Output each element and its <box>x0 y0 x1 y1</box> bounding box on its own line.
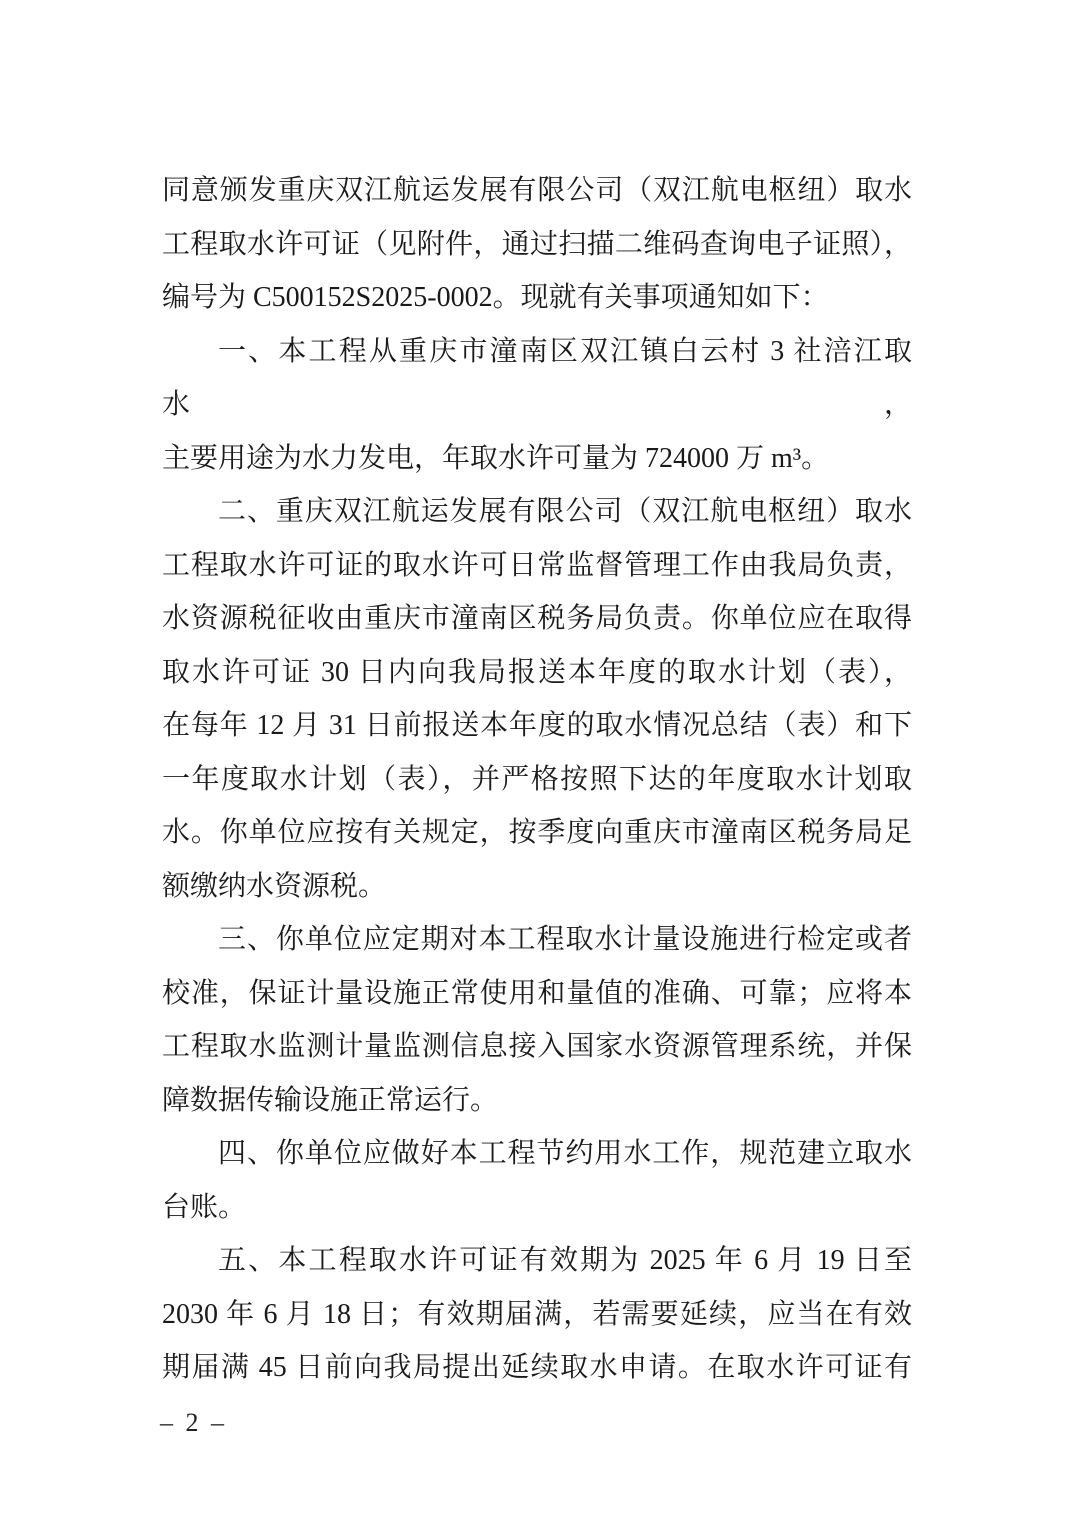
text-line: 五、本工程取水许可证有效期为 2025 年 6 月 19 日至 <box>162 1234 912 1288</box>
text-line: 水资源税征收由重庆市潼南区税务局负责。你单位应在取得 <box>162 592 912 646</box>
text-line: 二、重庆双江航运发展有限公司（双江航电枢纽）取水 <box>162 485 912 539</box>
text-line: 水。你单位应按有关规定，按季度向重庆市潼南区税务局足 <box>162 806 912 860</box>
text-line: 一、本工程从重庆市潼南区双江镇白云村 3 社涪江取水， <box>162 325 912 432</box>
text-line: 工程取水监测计量监测信息接入国家水资源管理系统，并保 <box>162 1020 912 1074</box>
text-line: 取水许可证 30 日内向我局报送本年度的取水计划（表）， <box>162 646 912 700</box>
text-line: 障数据传输设施正常运行。 <box>162 1074 912 1128</box>
text-line: 工程取水许可证的取水许可日常监督管理工作由我局负责， <box>162 539 912 593</box>
text-line: 工程取水许可证（见附件，通过扫描二维码查询电子证照）， <box>162 218 912 272</box>
text-line: 台账。 <box>162 1181 912 1235</box>
text-line: 额缴纳水资源税。 <box>162 860 912 914</box>
text-line: 2030 年 6 月 18 日；有效期届满，若需要延续，应当在有效 <box>162 1288 912 1342</box>
text-line: 一年度取水计划（表），并严格按照下达的年度取水计划取 <box>162 753 912 807</box>
text-line: 主要用途为水力发电，年取水许可量为 724000 万 m³。 <box>162 432 912 486</box>
text-line: 编号为 C500152S2025-0002。现就有关事项通知如下： <box>162 271 912 325</box>
page-number: – 2 – <box>160 1408 227 1438</box>
text-line: 在每年 12 月 31 日前报送本年度的取水情况总结（表）和下 <box>162 699 912 753</box>
text-line: 期届满 45 日前向我局提出延续取水申请。在取水许可证有 <box>162 1341 912 1395</box>
document-body: 同意颁发重庆双江航运发展有限公司（双江航电枢纽）取水工程取水许可证（见附件，通过… <box>162 164 912 1395</box>
text-line: 三、你单位应定期对本工程取水计量设施进行检定或者 <box>162 913 912 967</box>
text-line: 同意颁发重庆双江航运发展有限公司（双江航电枢纽）取水 <box>162 164 912 218</box>
text-line: 校准，保证计量设施正常使用和量值的准确、可靠；应将本 <box>162 967 912 1021</box>
document-page: 同意颁发重庆双江航运发展有限公司（双江航电枢纽）取水工程取水许可证（见附件，通过… <box>0 0 1074 1520</box>
text-line: 四、你单位应做好本工程节约用水工作，规范建立取水 <box>162 1127 912 1181</box>
